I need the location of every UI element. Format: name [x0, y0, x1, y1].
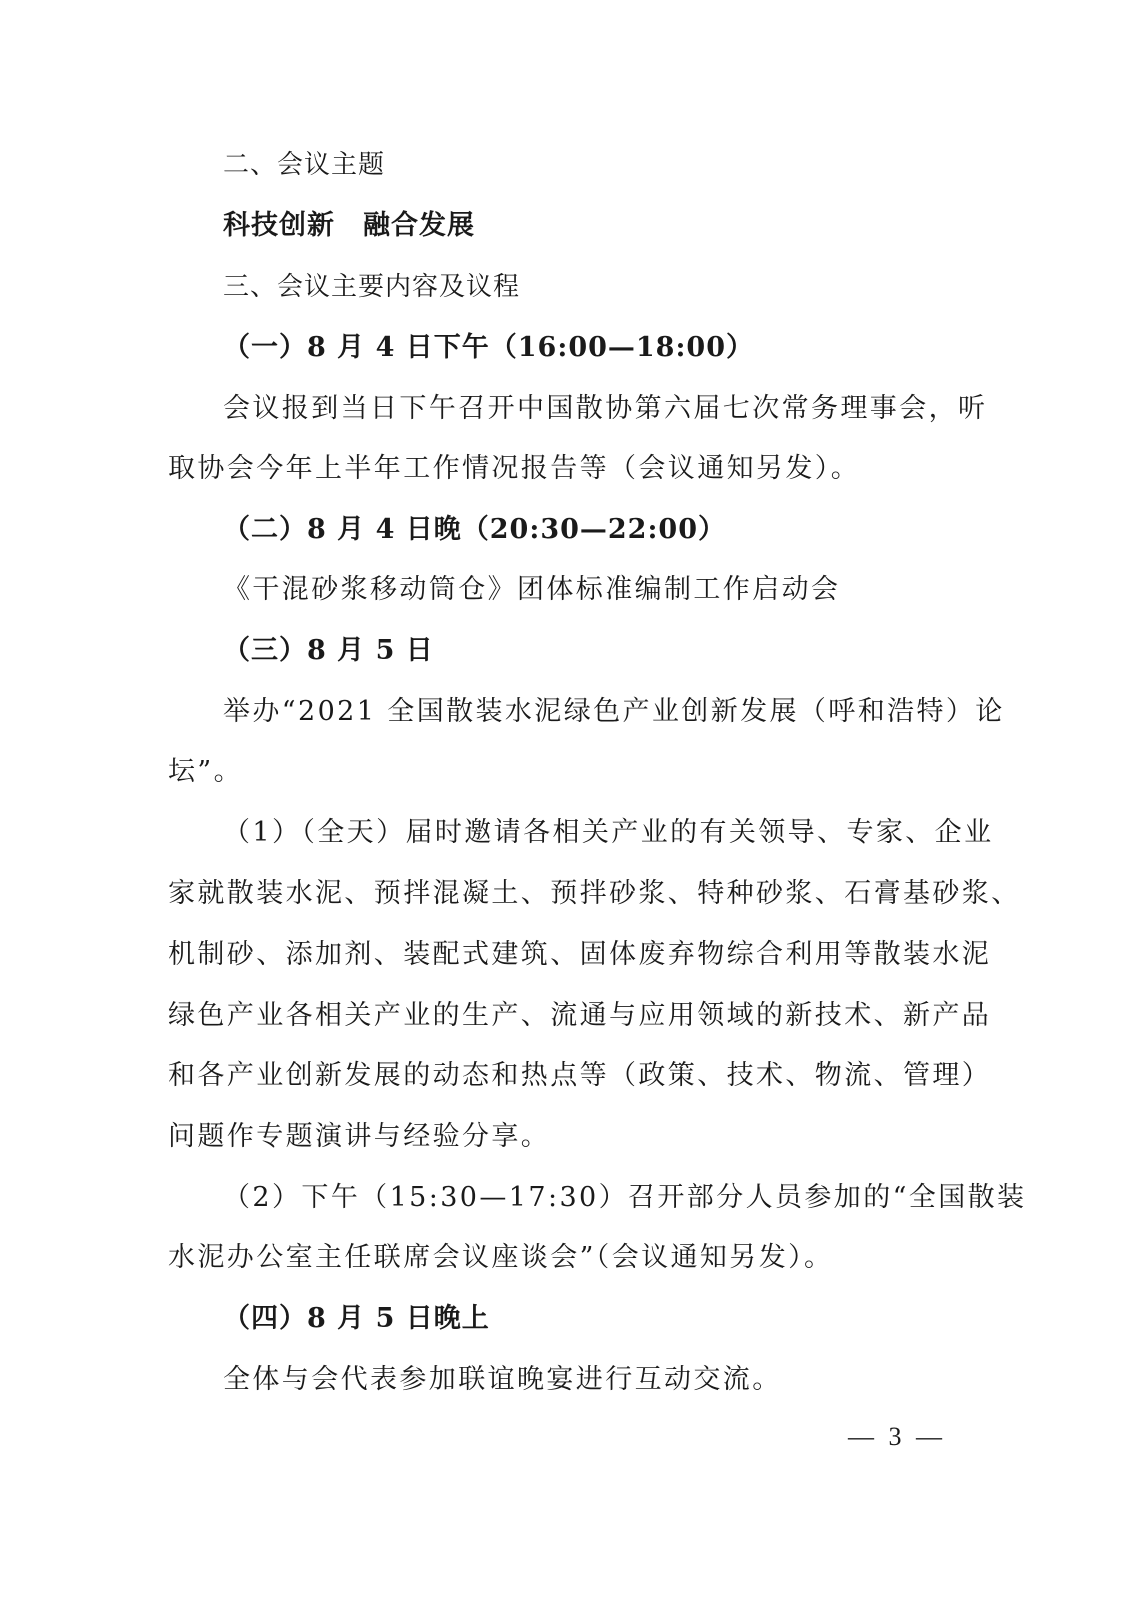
- agenda-item-title-3: （三）8 月 5 日: [223, 633, 940, 669]
- paragraph-line: 全体与会代表参加联谊晚宴进行互动交流。: [223, 1362, 940, 1398]
- agenda-item-title-1: （一）8 月 4 日下午（16:00—18:00）: [223, 330, 940, 366]
- paragraph-line: （1）（全天）届时邀请各相关产业的有关领导、专家、企业: [223, 815, 940, 851]
- paragraph-line: 取协会今年上半年工作情况报告等（会议通知另发）。: [168, 451, 940, 487]
- paragraph-line: 和各产业创新发展的动态和热点等（政策、技术、物流、管理）: [168, 1058, 940, 1094]
- paragraph-line: 机制砂、添加剂、装配式建筑、固体废弃物综合利用等散装水泥: [168, 937, 940, 973]
- paragraph-line: 绿色产业各相关产业的生产、流通与应用领域的新技术、新产品: [168, 998, 940, 1034]
- paragraph-line: 坛”。: [168, 754, 940, 790]
- section-heading-theme: 二、会议主题: [223, 147, 940, 183]
- paragraph-line: （2）下午（15:30—17:30）召开部分人员参加的“全国散装: [223, 1180, 940, 1216]
- section-heading-agenda: 三、会议主要内容及议程: [223, 269, 940, 305]
- document-page: 二、会议主题 科技创新 融合发展 三、会议主要内容及议程 （一）8 月 4 日下…: [0, 0, 1131, 1600]
- page-number: — 3 —: [848, 1420, 946, 1454]
- meeting-theme: 科技创新 融合发展: [223, 208, 940, 244]
- paragraph-line: 水泥办公室主任联席会议座谈会”（会议通知另发）。: [168, 1240, 940, 1276]
- paragraph-line: 《干混砂浆移动筒仓》团体标准编制工作启动会: [223, 572, 940, 608]
- paragraph-line: 家就散装水泥、预拌混凝土、预拌砂浆、特种砂浆、石膏基砂浆、: [168, 876, 940, 912]
- agenda-item-title-4: （四）8 月 5 日晚上: [223, 1301, 940, 1337]
- paragraph-line: 举办“2021 全国散装水泥绿色产业创新发展（呼和浩特）论: [223, 694, 940, 730]
- agenda-item-title-2: （二）8 月 4 日晚（20:30—22:00）: [223, 512, 940, 548]
- paragraph-line: 会议报到当日下午召开中国散协第六届七次常务理事会，听: [223, 391, 940, 427]
- paragraph-line: 问题作专题演讲与经验分享。: [168, 1119, 940, 1155]
